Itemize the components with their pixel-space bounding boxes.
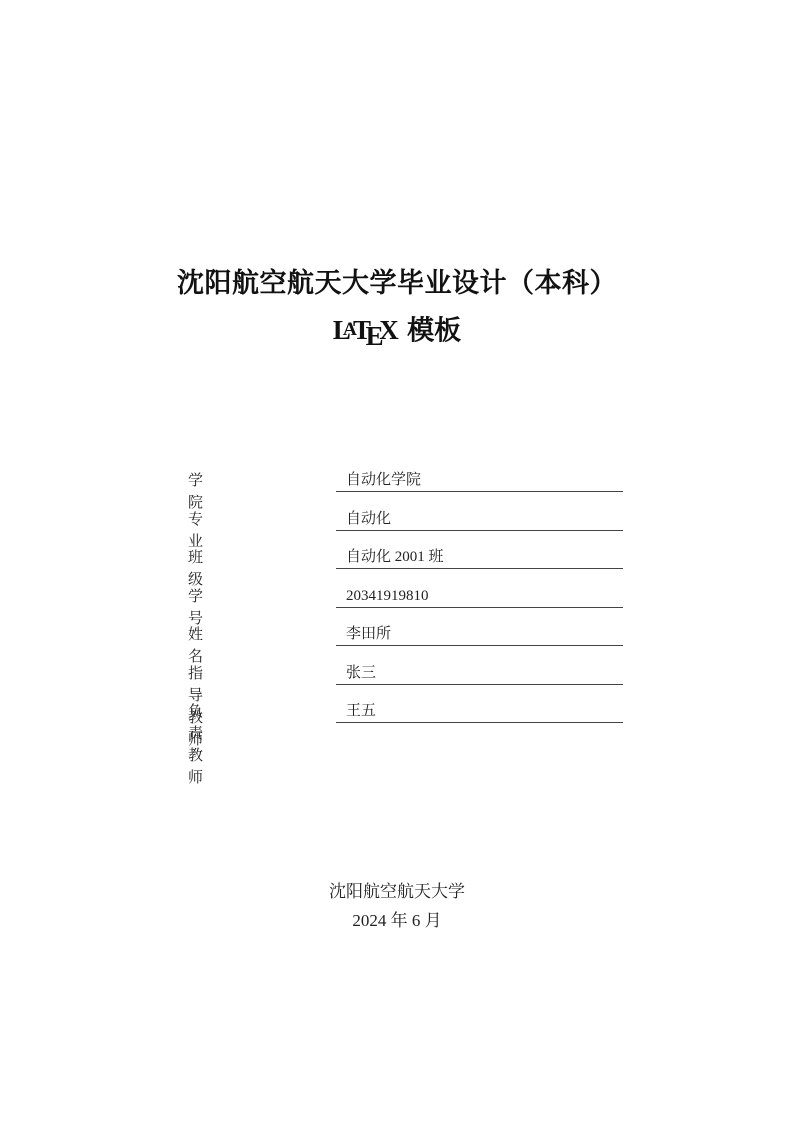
info-label: 班 级: [188, 546, 224, 590]
thesis-subtitle: LATEX 模板: [0, 312, 794, 354]
info-value: 自动化 2001 班: [336, 546, 623, 569]
latex-logo-x: X: [379, 315, 398, 345]
info-label: 姓 名: [188, 623, 224, 667]
info-value: 李田所: [336, 623, 623, 646]
footer-date: 2024 年 6 月: [0, 908, 794, 934]
info-value: 自动化学院: [336, 469, 623, 492]
info-value: 张三: [336, 662, 623, 685]
info-label: 专 业: [188, 508, 224, 552]
info-value: 20341919810: [336, 585, 623, 608]
thesis-title: 沈阳航空航天大学毕业设计（本科）: [0, 266, 794, 302]
info-value: 自动化: [336, 508, 623, 531]
latex-logo: LATEX: [333, 315, 398, 345]
footer-university: 沈阳航空航天大学: [0, 879, 794, 905]
subtitle-suffix: 模板: [407, 315, 461, 346]
info-label: 学 院: [188, 469, 224, 513]
info-label: 负责教师: [188, 700, 203, 788]
info-value: 王五: [336, 700, 623, 723]
info-label: 学 号: [188, 585, 224, 629]
